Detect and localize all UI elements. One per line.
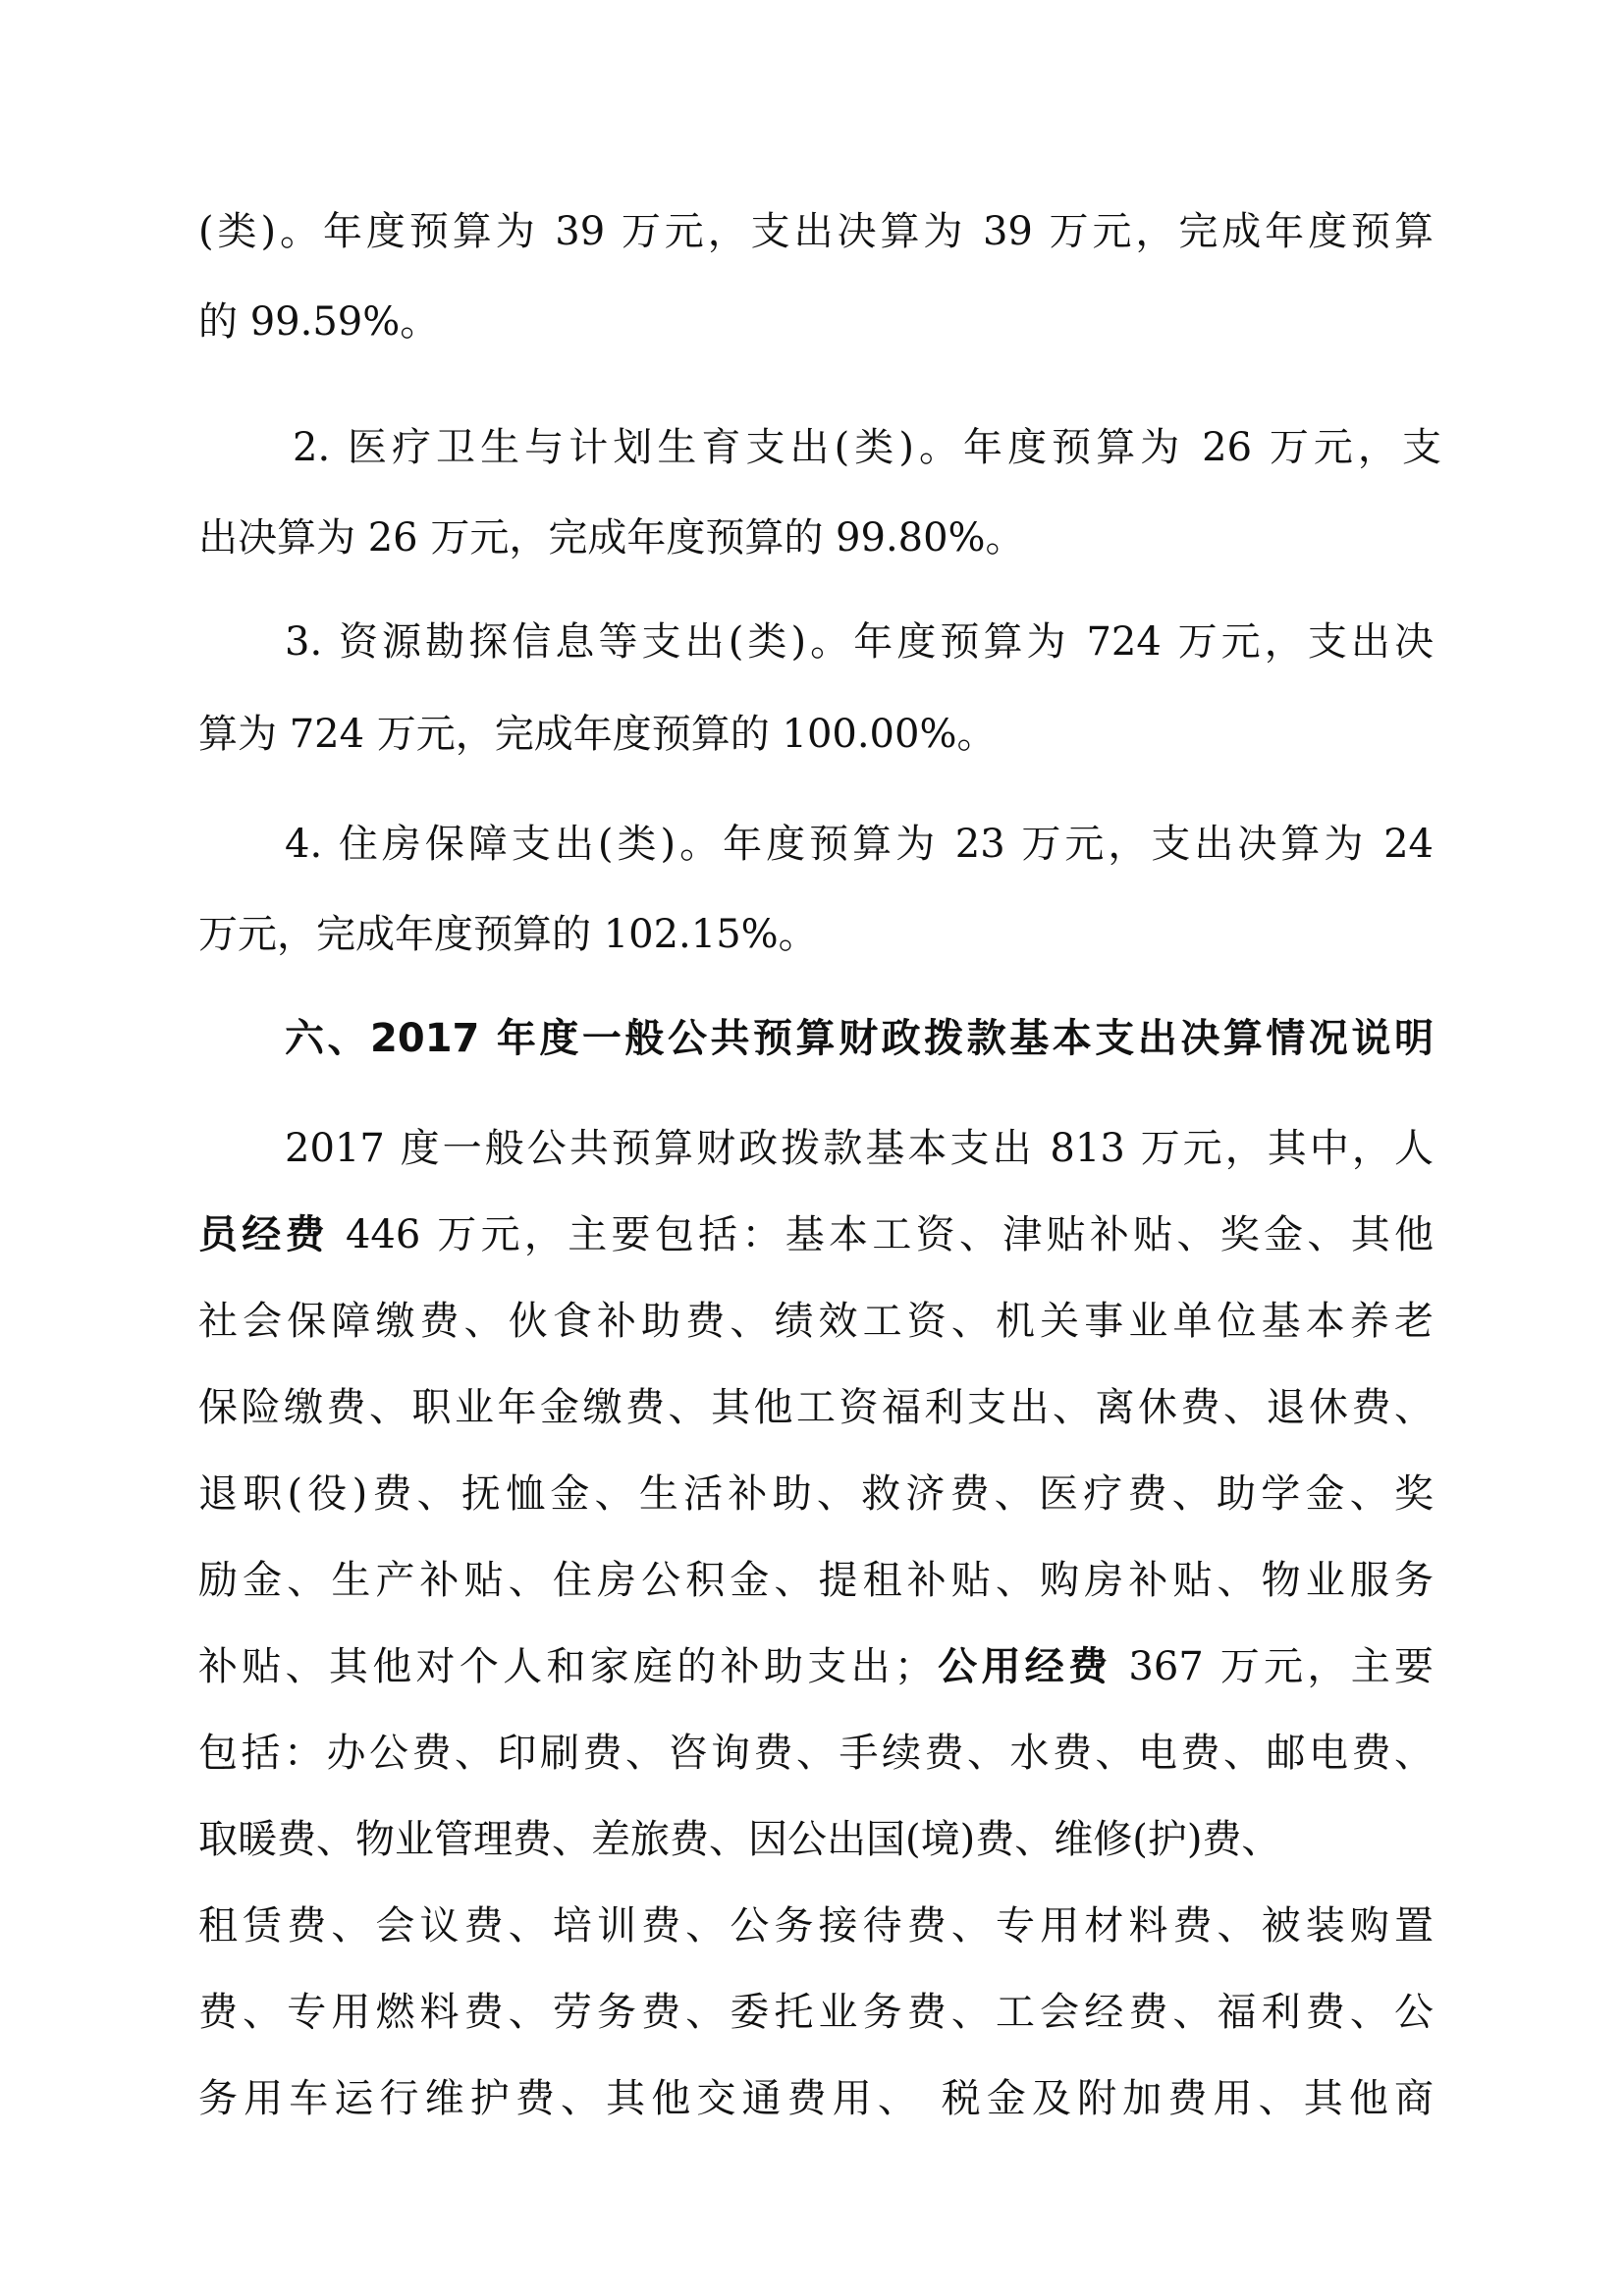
basic-line11: 费、专用燃料费、劳务费、委托业务费、工会经费、福利费、公 bbox=[198, 1985, 1434, 2040]
item3-line1: 3. 资源勘探信息等支出(类)。年度预算为 724 万元，支出决 bbox=[285, 614, 1434, 669]
basic-line3: 社会保障缴费、伙食补助费、绩效工资、机关事业单位基本养老 bbox=[198, 1294, 1434, 1349]
item2-line1: 2. 医疗卫生与计划生育支出(类)。年度预算为 26 万元，支 bbox=[293, 420, 1441, 475]
item1-line2: 的 99.59%。 bbox=[198, 294, 1434, 349]
basic-line2: 员经费 446 万元，主要包括：基本工资、津贴补贴、奖金、其他 bbox=[198, 1207, 1434, 1262]
item4-line2: 万元，完成年度预算的 102.15%。 bbox=[198, 907, 1434, 962]
basic-line6: 励金、生产补贴、住房公积金、提租补贴、购房补贴、物业服务 bbox=[198, 1553, 1434, 1608]
basic-line9: 取暖费、物业管理费、差旅费、因公出国(境)费、维修(护)费、 bbox=[198, 1812, 1434, 1867]
item3-line2: 算为 724 万元，完成年度预算的 100.00%。 bbox=[198, 707, 1434, 762]
basic-line12: 务用车运行维护费、其他交通费用、 税金及附加费用、其他商 bbox=[198, 2071, 1434, 2126]
basic-line7-rest: 367 万元，主要 bbox=[1111, 1644, 1434, 1689]
personnel-cost-label: 员经费 bbox=[198, 1212, 329, 1257]
basic-line10: 租赁费、会议费、培训费、公务接待费、专用材料费、被装购置 bbox=[198, 1898, 1434, 1953]
basic-line7-pre: 补贴、其他对个人和家庭的补助支出； bbox=[198, 1644, 934, 1689]
basic-line7: 补贴、其他对个人和家庭的补助支出；公用经费 367 万元，主要 bbox=[198, 1639, 1434, 1694]
basic-line4: 保险缴费、职业年金缴费、其他工资福利支出、离休费、退休费、 bbox=[198, 1380, 1434, 1435]
basic-line5: 退职(役)费、抚恤金、生活补助、救济费、医疗费、助学金、奖 bbox=[198, 1467, 1434, 1522]
basic-line2-text: 446 万元，主要包括：基本工资、津贴补贴、奖金、其他 bbox=[329, 1212, 1434, 1257]
basic-line1: 2017 度一般公共预算财政拨款基本支出 813 万元，其中，人 bbox=[285, 1121, 1434, 1176]
item1-line1: (类)。年度预算为 39 万元，支出决算为 39 万元，完成年度预算 bbox=[198, 204, 1434, 259]
item4-line1: 4. 住房保障支出(类)。年度预算为 23 万元，支出决算为 24 bbox=[285, 817, 1434, 872]
section-heading: 六、2017 年度一般公共预算财政拨款基本支出决算情况说明 bbox=[285, 1011, 1434, 1066]
basic-line8: 包括：办公费、印刷费、咨询费、手续费、水费、电费、邮电费、 bbox=[198, 1726, 1434, 1781]
item2-line2: 出决算为 26 万元，完成年度预算的 99.80%。 bbox=[198, 510, 1434, 565]
public-cost-label: 公用经费 bbox=[934, 1644, 1112, 1689]
